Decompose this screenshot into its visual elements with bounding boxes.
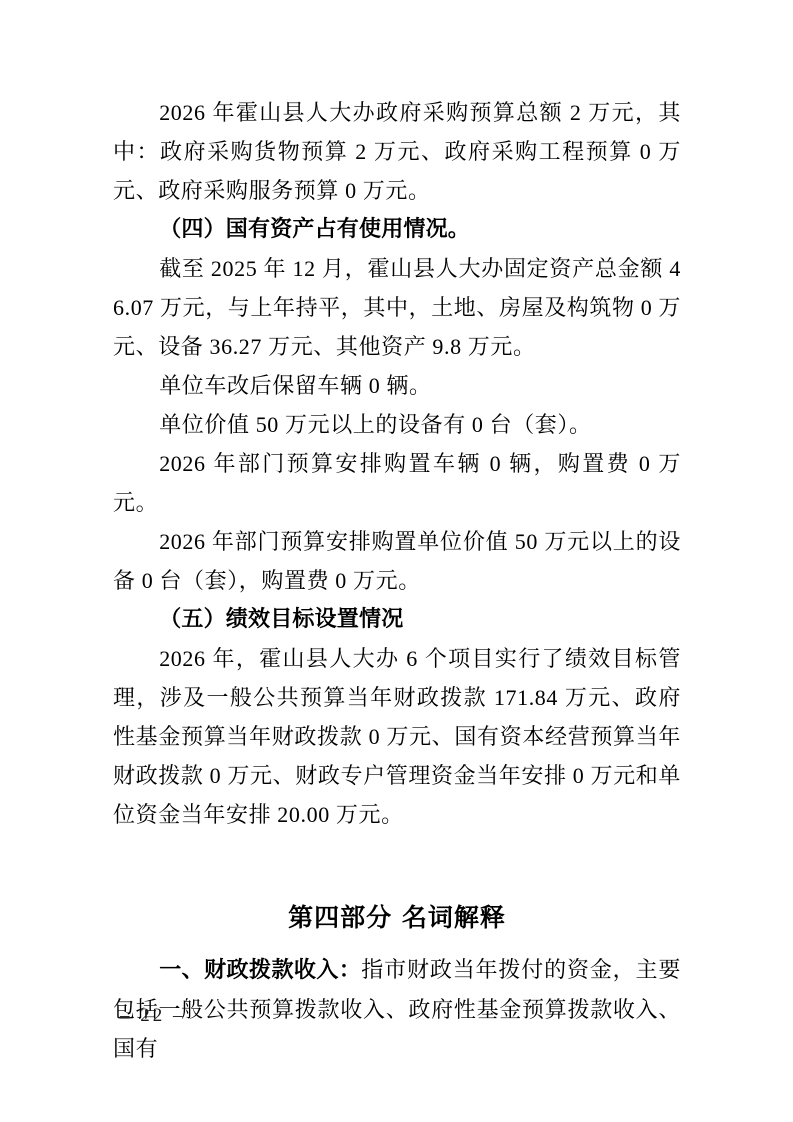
paragraph: 2026 年霍山县人大办政府采购预算总额 2 万元，其中：政府采购货物预算 2 … <box>113 93 681 210</box>
section-title: 第四部分 名词解释 <box>113 898 681 937</box>
document-body: 2026 年霍山县人大办政府采购预算总额 2 万元，其中：政府采购货物预算 2 … <box>113 93 681 1068</box>
sub-heading: （五）绩效目标设置情况 <box>113 600 681 639</box>
paragraph: 一、财政拨款收入：指市财政当年拨付的资金，主要包括一般公共预算拨款收入、政府性基… <box>113 950 681 1068</box>
page-number: – 22 – <box>120 1005 186 1027</box>
sub-heading: （四）国有资产占有使用情况。 <box>113 210 681 249</box>
document-page: 2026 年霍山县人大办政府采购预算总额 2 万元，其中：政府采购货物预算 2 … <box>0 0 793 1122</box>
paragraph: 截至 2025 年 12 月，霍山县人大办固定资产总金额 46.07 万元，与上… <box>113 249 681 366</box>
paragraph: 2026 年部门预算安排购置单位价值 50 万元以上的设备 0 台（套），购置费… <box>113 522 681 600</box>
paragraph: 2026 年，霍山县人大办 6 个项目实行了绩效目标管理，涉及一般公共预算当年财… <box>113 639 681 834</box>
term-label: 一、财政拨款收入： <box>159 958 361 983</box>
paragraph: 单位价值 50 万元以上的设备有 0 台（套）。 <box>113 405 681 444</box>
paragraph: 单位车改后保留车辆 0 辆。 <box>113 366 681 405</box>
paragraph: 2026 年部门预算安排购置车辆 0 辆，购置费 0 万元。 <box>113 444 681 522</box>
